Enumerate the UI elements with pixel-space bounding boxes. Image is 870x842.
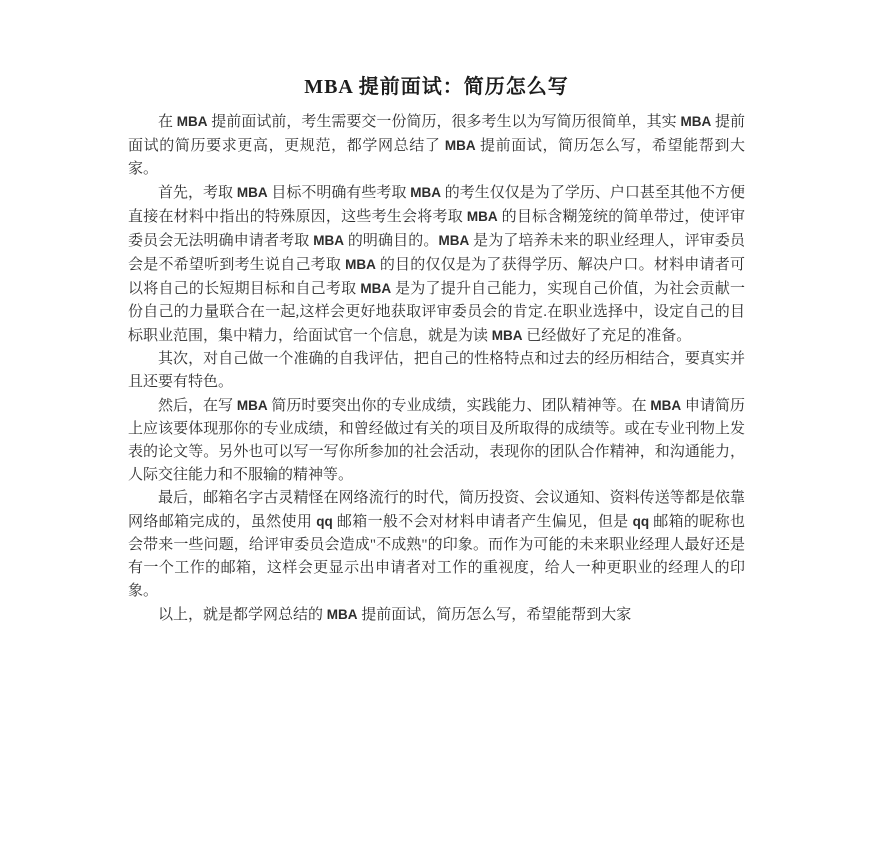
paragraph: 首先，考取 MBA 目标不明确有些考取 MBA 的考生仅仅是为了学历、户口甚至其… — [128, 181, 745, 348]
bold-run: MBA — [438, 233, 469, 248]
bold-run: MBA — [237, 185, 268, 200]
document-page: MBA 提前面试：简历怎么写 在 MBA 提前面试前，考生需要交一份简历，很多考… — [0, 0, 870, 842]
text-run: 提前面试，简历怎么写，希望能帮到大家 — [358, 607, 632, 623]
text-run: 的明确目的。 — [344, 233, 439, 249]
document-title: MBA 提前面试：简历怎么写 — [128, 70, 745, 99]
bold-run: MBA — [327, 607, 358, 622]
text-run: 已经做好了充足的准备。 — [523, 328, 692, 344]
text-run: 目标不明确有些考取 — [268, 185, 411, 201]
text-run: 其次，对自己做一个准确的自我评估，把自己的性格特点和过去的经历相结合，要真实并且… — [128, 351, 745, 390]
bold-run: qq — [633, 514, 650, 529]
bold-run: qq — [316, 514, 333, 529]
text-run: 首先，考取 — [158, 185, 237, 201]
paragraph: 然后，在写 MBA 简历时要突出你的专业成绩，实践能力、团队精神等。在 MBA … — [128, 394, 745, 487]
paragraph: 在 MBA 提前面试前，考生需要交一份简历，很多考生以为写简历很简单，其实 MB… — [128, 110, 745, 181]
text-run: 然后，在写 — [158, 398, 237, 414]
bold-run: MBA — [313, 233, 344, 248]
paragraph: 其次，对自己做一个准确的自我评估，把自己的性格特点和过去的经历相结合，要真实并且… — [128, 348, 745, 394]
text-run: 在 — [158, 114, 177, 130]
bold-run: MBA — [680, 114, 711, 129]
bold-run: MBA — [345, 257, 376, 272]
bold-run: MBA — [237, 398, 268, 413]
bold-run: MBA — [410, 185, 441, 200]
bold-run: MBA — [445, 138, 476, 153]
text-run: 提前面试前，考生需要交一份简历，很多考生以为写简历很简单，其实 — [208, 114, 681, 130]
paragraph: 最后，邮箱名字古灵精怪在网络流行的时代，简历投资、会议通知、资料传送等都是依靠网… — [128, 487, 745, 603]
paragraph: 以上，就是都学网总结的 MBA 提前面试，简历怎么写，希望能帮到大家 — [128, 603, 745, 627]
bold-run: MBA — [650, 398, 681, 413]
bold-run: MBA — [467, 209, 498, 224]
text-run: 简历时要突出你的专业成绩，实践能力、团队精神等。在 — [268, 398, 651, 414]
text-run: 以上，就是都学网总结的 — [158, 607, 327, 623]
text-run: 邮箱一般不会对材料申请者产生偏见，但是 — [333, 514, 633, 530]
bold-run: MBA — [177, 114, 208, 129]
document-content: MBA 提前面试：简历怎么写 在 MBA 提前面试前，考生需要交一份简历，很多考… — [128, 70, 745, 627]
document-body: 在 MBA 提前面试前，考生需要交一份简历，很多考生以为写简历很简单，其实 MB… — [128, 110, 745, 627]
bold-run: MBA — [492, 328, 523, 343]
bold-run: MBA — [360, 281, 391, 296]
